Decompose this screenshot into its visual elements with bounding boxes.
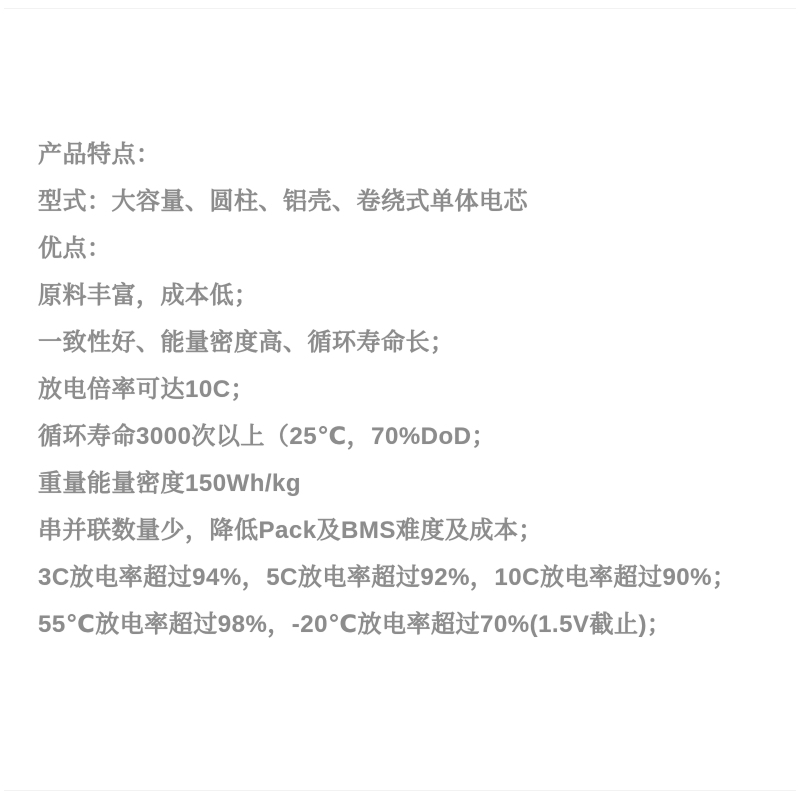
text-line-consistency: 一致性好、能量密度高、循环寿命长； (38, 319, 778, 366)
product-features-text-block: 产品特点： 型式：大容量、圆柱、铝壳、卷绕式单体电芯 优点： 原料丰富，成本低；… (38, 131, 778, 648)
text-line-raw-material: 原料丰富，成本低； (38, 272, 778, 319)
text-line-cycle-life: 循环寿命3000次以上（25℃，70%DoD； (38, 413, 778, 460)
bottom-edge-line (4, 790, 796, 791)
top-edge-line (4, 8, 796, 9)
text-line-form-factor: 型式：大容量、圆柱、铝壳、卷绕式单体电芯 (38, 178, 778, 225)
text-line-discharge-efficiency: 3C放电率超过94%，5C放电率超过92%，10C放电率超过90%； (38, 554, 778, 601)
section-title-advantages: 优点： (38, 225, 778, 272)
text-line-pack-bms: 串并联数量少，降低Pack及BMS难度及成本； (38, 507, 778, 554)
text-line-temperature-performance: 55℃放电率超过98%，-20℃放电率超过70%(1.5V截止)； (38, 601, 778, 648)
text-line-discharge-rate: 放电倍率可达10C； (38, 366, 778, 413)
section-title-product-features: 产品特点： (38, 131, 778, 178)
text-line-energy-density: 重量能量密度150Wh/kg (38, 460, 778, 507)
product-description-page: 产品特点： 型式：大容量、圆柱、铝壳、卷绕式单体电芯 优点： 原料丰富，成本低；… (0, 0, 800, 800)
